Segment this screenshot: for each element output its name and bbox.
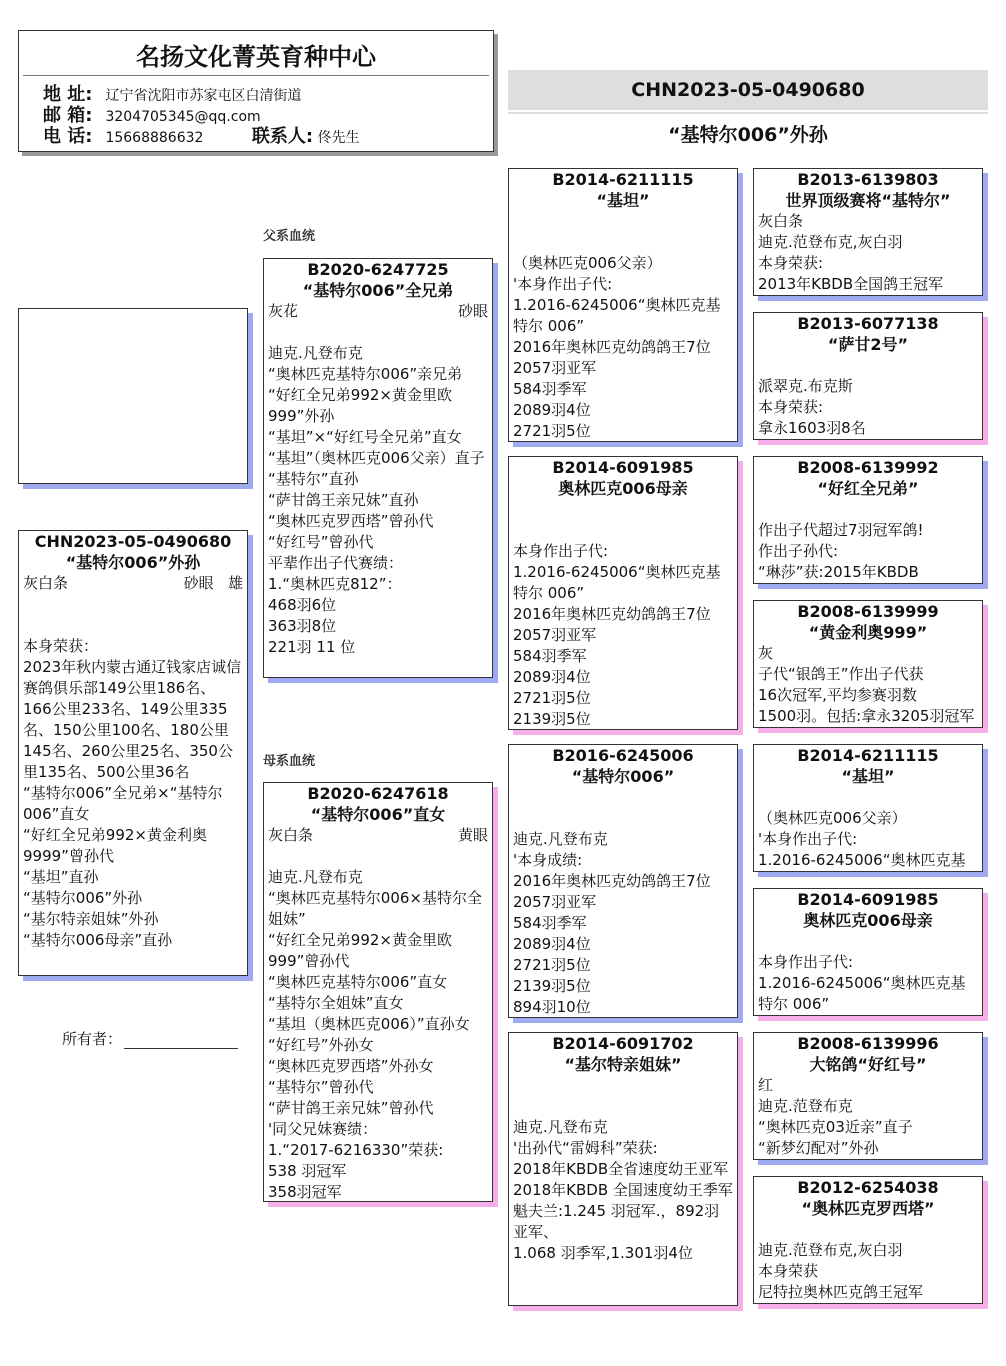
subject-line: “好红全兄弟992×黄金利奥9999”曾孙代 [19, 825, 247, 867]
breeder-header: 名扬文化菁英育种中心 地 址: 辽宁省沈阳市苏家屯区白清街道 邮 箱: 3204… [18, 30, 494, 152]
card-line: 584羽季军 [509, 913, 737, 934]
sire-line-label: 父系血统 [263, 225, 315, 244]
card-line: 2721羽5位 [509, 421, 737, 442]
card-name: “黄金利奥999” [754, 622, 982, 643]
card-ring: B2014-6211115 [754, 745, 982, 766]
card-line: 2721羽5位 [509, 955, 737, 976]
card-line: 584羽季军 [509, 646, 737, 667]
sire-line: 平辈作出子代赛绩： [264, 553, 492, 574]
grandsire-maternal-card: B2016-6245006 “基特尔006” 迪克.凡登布克 '本身成绩: 20… [508, 744, 738, 1018]
card-line: 2016年奥林匹克幼鸽鸽王7位 [509, 871, 737, 892]
dam-line: “萨甘鸽王亲兄妹”曾孙代 [264, 1098, 492, 1119]
card-line: 2139羽5位 [509, 976, 737, 997]
breeder-title: 名扬文化菁英育种中心 [19, 37, 493, 72]
card-line: 本身荣获: [754, 253, 982, 274]
dam-line-label: 母系血统 [263, 750, 315, 769]
email-label: 邮 箱: [43, 106, 101, 126]
sire-line: “基坦”（奥林匹克006父亲）直子 [264, 448, 492, 469]
sire-ring: B2020-6247725 [264, 259, 492, 280]
card-name: “基特尔006” [509, 766, 737, 787]
card-line: 1.2016-6245006“奥林匹克基特 [754, 850, 982, 872]
card-ring: B2013-6139803 [754, 169, 982, 190]
card-line: 2016年奥林匹克幼鸽鸽王7位 [509, 604, 737, 625]
card-line: 1500羽。包括:拿永3205羽冠军 [754, 706, 982, 727]
granddam-maternal-card: B2014-6091702 “基尔特亲姐妹” 迪克.凡登布克 '出孙代“雷姆科”… [508, 1032, 738, 1306]
card-line [754, 355, 982, 376]
card-ring: B2012-6254038 [754, 1177, 982, 1198]
dam-color: 灰白条 [268, 825, 313, 846]
card-line: 灰白条 [754, 211, 982, 232]
sire-color: 灰花 [268, 301, 298, 322]
subject-line: 本身荣获： [19, 636, 247, 657]
phone-row: 电 话: 15668886632 联系人: 佟先生 [43, 127, 360, 148]
card-line: 894羽10位 [509, 997, 737, 1018]
granddam-paternal-card: B2014-6091985 奥林匹克006母亲 本身作出子代: 1.2016-6… [508, 456, 738, 730]
dam-name: “基特尔006”直女 [264, 804, 492, 825]
card-line: 派翠克.布克斯 [754, 376, 982, 397]
subject-name: “基特尔006”外孙 [19, 552, 247, 573]
great-grandparent-card: B2014-6091985 奥林匹克006母亲 本身作出子代: 1.2016-6… [753, 888, 983, 1016]
card-line: 魁夫兰:1.245 羽冠军.，892羽亚军、 [509, 1201, 737, 1243]
subject-line: “基坦”直孙 [19, 867, 247, 888]
card-ring: B2014-6211115 [509, 169, 737, 190]
card-line: （奥林匹克006父亲） [754, 808, 982, 829]
card-line: 本身作出子代: [754, 952, 982, 973]
card-ring: B2008-6139992 [754, 457, 982, 478]
card-line: 1.2016-6245006“奥林匹克基特尔 006” [509, 562, 737, 604]
sire-line: “奥林匹克基特尔006”亲兄弟 [264, 364, 492, 385]
card-line: 作出子代超过7羽冠军鸽! [754, 520, 982, 541]
sire-line: 1.“奥林匹克812”： [264, 574, 492, 595]
card-line: （奥林匹克006父亲） [509, 253, 737, 274]
card-name: “萨甘2号” [754, 334, 982, 355]
top-title: “基特尔006”外孙 [508, 120, 988, 147]
dam-line: 538 羽冠军 [264, 1161, 492, 1182]
dam-line: “基特尔全姐妹”直女 [264, 993, 492, 1014]
card-ring: B2008-6139999 [754, 601, 982, 622]
card-line: '本身作出子代: [509, 274, 737, 295]
dam-card: B2020-6247618 “基特尔006”直女 灰白条 黄眼 迪克.凡登布克 … [263, 782, 493, 1202]
sire-line: 468羽6位 [264, 595, 492, 616]
great-grandparent-card: B2013-6077138 “萨甘2号” 派翠克.布克斯 本身荣获: 拿永160… [753, 312, 983, 440]
card-ring: B2014-6091985 [509, 457, 737, 478]
great-grandparent-card: B2008-6139999 “黄金利奥999” 灰 子代“银鸽王”作出子代获 1… [753, 600, 983, 728]
great-grandparent-card: B2012-6254038 “奥林匹克罗西塔” 迪克.范登布克,灰白羽 本身荣获… [753, 1176, 983, 1304]
sire-attributes: 灰花 砂眼 [264, 301, 492, 322]
card-line: 迪克.范登布克,灰白羽 [754, 1240, 982, 1261]
dam-line: “好红号”外孙女 [264, 1035, 492, 1056]
card-line: 迪克.范登布克 [754, 1096, 982, 1117]
card-name: “基尔特亲姐妹” [509, 1054, 737, 1075]
subject-line: “基特尔006母亲”直孙 [19, 930, 247, 951]
card-line: 1.068 羽季军,1.301羽4位 [509, 1243, 737, 1264]
great-grandparent-card: B2008-6139992 “好红全兄弟” 作出子代超过7羽冠军鸽! 作出子孙代… [753, 456, 983, 584]
sire-line: 221羽 11 位 [264, 637, 492, 658]
card-name: 世界顶级赛将“基特尔” [754, 190, 982, 211]
address-value: 辽宁省沈阳市苏家屯区白清街道 [105, 88, 301, 104]
great-grandparent-card: B2013-6139803 世界顶级赛将“基特尔” 灰白条 迪克.范登布克,灰白… [753, 168, 983, 296]
card-name: “基坦” [754, 766, 982, 787]
dam-eye: 黄眼 [458, 825, 488, 846]
email-value: 3204705345@qq.com [105, 109, 260, 125]
subject-line: “基特尔006”全兄弟×“基特尔006”直女 [19, 783, 247, 825]
dam-line: “奥林匹克基特尔006×基特尔全姐妹” [264, 888, 492, 930]
card-line: “新梦幻配对”外孙 [754, 1138, 982, 1159]
card-ring: B2014-6091985 [754, 889, 982, 910]
top-divider [508, 112, 988, 114]
sire-line: 迪克.凡登布克 [264, 343, 492, 364]
subject-line: “基尔特亲姐妹”外孙 [19, 909, 247, 930]
header-divider [23, 75, 489, 76]
card-line: '出孙代“雷姆科”荣获: [509, 1138, 737, 1159]
subject-eye: 砂眼 [184, 574, 214, 592]
dam-line: “基坦（奥林匹克006）”直孙女 [264, 1014, 492, 1035]
dam-line: “基特尔”曾孙代 [264, 1077, 492, 1098]
dam-line: 迪克.凡登布克 [264, 867, 492, 888]
grandsire-paternal-card: B2014-6211115 “基坦” （奥林匹克006父亲） '本身作出子代: … [508, 168, 738, 442]
card-line: 迪克.范登布克,灰白羽 [754, 232, 982, 253]
card-line: 2721羽5位 [509, 688, 737, 709]
photo-placeholder [18, 308, 248, 484]
card-line: 584羽季军 [509, 379, 737, 400]
subject-card: CHN2023-05-0490680 “基特尔006”外孙 灰白条 砂眼 雄 本… [18, 530, 248, 976]
card-line: 拿永1603羽8名 [754, 418, 982, 439]
sire-line: “基坦”×“好红号全兄弟”直女 [264, 427, 492, 448]
dam-line: 1.“2017-6216330”荣获: [264, 1140, 492, 1161]
owner-field: 所有者： [62, 1028, 238, 1049]
dam-line: “好红全兄弟992×黄金里欧999”曾孙代 [264, 930, 492, 972]
card-line: '本身成绩: [509, 850, 737, 871]
sire-line: “基特尔”直孙 [264, 469, 492, 490]
subject-line: “基特尔006”外孙 [19, 888, 247, 909]
card-line: 本身作出子代: [509, 541, 737, 562]
card-line: 作出子孙代: [754, 541, 982, 562]
subject-line: 2023年秋内蒙古通辽钱家店诚信赛鸽俱乐部149公里186名、166公里233名… [19, 657, 247, 783]
address-label: 地 址: [43, 85, 101, 105]
card-line: 灰 [754, 643, 982, 664]
card-line: '本身作出子代: [754, 829, 982, 850]
card-line: 1.2016-6245006“奥林匹克基特尔 006” [754, 973, 982, 1015]
sire-line: “好红全兄弟992×黄金里欧999”外孙 [264, 385, 492, 427]
phone-value: 15668886632 [105, 130, 203, 146]
card-line: 16次冠军,平均参赛羽数 [754, 685, 982, 706]
sire-line: “好红号”曾孙代 [264, 532, 492, 553]
dam-line: “奥林匹克罗西塔”外孙女 [264, 1056, 492, 1077]
card-line: 本身荣获 [754, 1261, 982, 1282]
card-line: 子代“银鸽王”作出子代获 [754, 664, 982, 685]
sire-line: 363羽8位 [264, 616, 492, 637]
sire-eye: 砂眼 [458, 301, 488, 322]
card-ring: B2013-6077138 [754, 313, 982, 334]
card-line: 本身荣获: [754, 397, 982, 418]
sire-line: “萨甘鸽王亲兄妹”直孙 [264, 490, 492, 511]
subject-attributes: 灰白条 砂眼 雄 [19, 573, 247, 594]
card-line: 迪克.凡登布克 [509, 1117, 737, 1138]
card-line: 2018年KBDB全省速度幼王亚军 [509, 1159, 737, 1180]
card-line: 2016年奥林匹克幼鸽鸽王7位 [509, 337, 737, 358]
sire-name: “基特尔006”全兄弟 [264, 280, 492, 301]
card-ring: B2014-6091702 [509, 1033, 737, 1054]
dam-ring: B2020-6247618 [264, 783, 492, 804]
top-ring-number: CHN2023-05-0490680 [508, 70, 988, 110]
card-line: 尼特拉奥林匹克鸽王冠军 [754, 1282, 982, 1303]
card-line: 2013年KBDB全国鸽王冠军 [754, 274, 982, 295]
card-name: “奥林匹克罗西塔” [754, 1198, 982, 1219]
card-ring: B2008-6139996 [754, 1033, 982, 1054]
card-line: 2018年KBDB 全国速度幼王季军 [509, 1180, 737, 1201]
dam-line: “奥林匹克基特尔006”直女 [264, 972, 492, 993]
card-line: “奥林匹克03近亲”直子 [754, 1117, 982, 1138]
card-name: 奥林匹克006母亲 [509, 478, 737, 499]
owner-signature-line[interactable] [124, 1032, 238, 1049]
sire-line: “奥林匹克罗西塔”曾孙代 [264, 511, 492, 532]
great-grandparent-card: B2008-6139996 大铭鸽“好红号” 红 迪克.范登布克 “奥林匹克03… [753, 1032, 983, 1160]
card-line: 2089羽4位 [509, 400, 737, 421]
dam-line: '同父兄妹赛绩： [264, 1119, 492, 1140]
card-line: 2139羽5位 [509, 709, 737, 730]
card-name: “基坦” [509, 190, 737, 211]
card-line: 2057羽亚军 [509, 358, 737, 379]
owner-label: 所有者： [62, 1030, 122, 1048]
dam-line: 358羽冠军 [264, 1182, 492, 1202]
card-line: 2057羽亚军 [509, 892, 737, 913]
sire-card: B2020-6247725 “基特尔006”全兄弟 灰花 砂眼 迪克.凡登布克 … [263, 258, 493, 678]
card-line: 2057羽亚军 [509, 625, 737, 646]
card-name: “好红全兄弟” [754, 478, 982, 499]
card-name: 奥林匹克006母亲 [754, 910, 982, 931]
address-row: 地 址: 辽宁省沈阳市苏家屯区白清街道 [43, 85, 301, 106]
card-ring: B2016-6245006 [509, 745, 737, 766]
subject-color: 灰白条 [23, 573, 68, 594]
card-line: “琳莎”获:2015年KBDB [754, 562, 982, 583]
contact-label: 联系人: [252, 126, 313, 147]
card-name: 大铭鸽“好红号” [754, 1054, 982, 1075]
great-grandparent-card: B2014-6211115 “基坦” （奥林匹克006父亲） '本身作出子代: … [753, 744, 983, 872]
phone-label: 电 话: [43, 127, 101, 147]
subject-sex: 雄 [228, 574, 243, 592]
card-line: 1.2016-6245006“奥林匹克基特尔 006” [509, 295, 737, 337]
card-line: 迪克.凡登布克 [509, 829, 737, 850]
card-line: 红 [754, 1075, 982, 1096]
subject-ring: CHN2023-05-0490680 [19, 531, 247, 552]
dam-attributes: 灰白条 黄眼 [264, 825, 492, 846]
card-line: 2089羽4位 [509, 667, 737, 688]
contact-value: 佟先生 [318, 130, 360, 146]
email-row: 邮 箱: 3204705345@qq.com [43, 106, 261, 127]
card-line: 2089羽4位 [509, 934, 737, 955]
